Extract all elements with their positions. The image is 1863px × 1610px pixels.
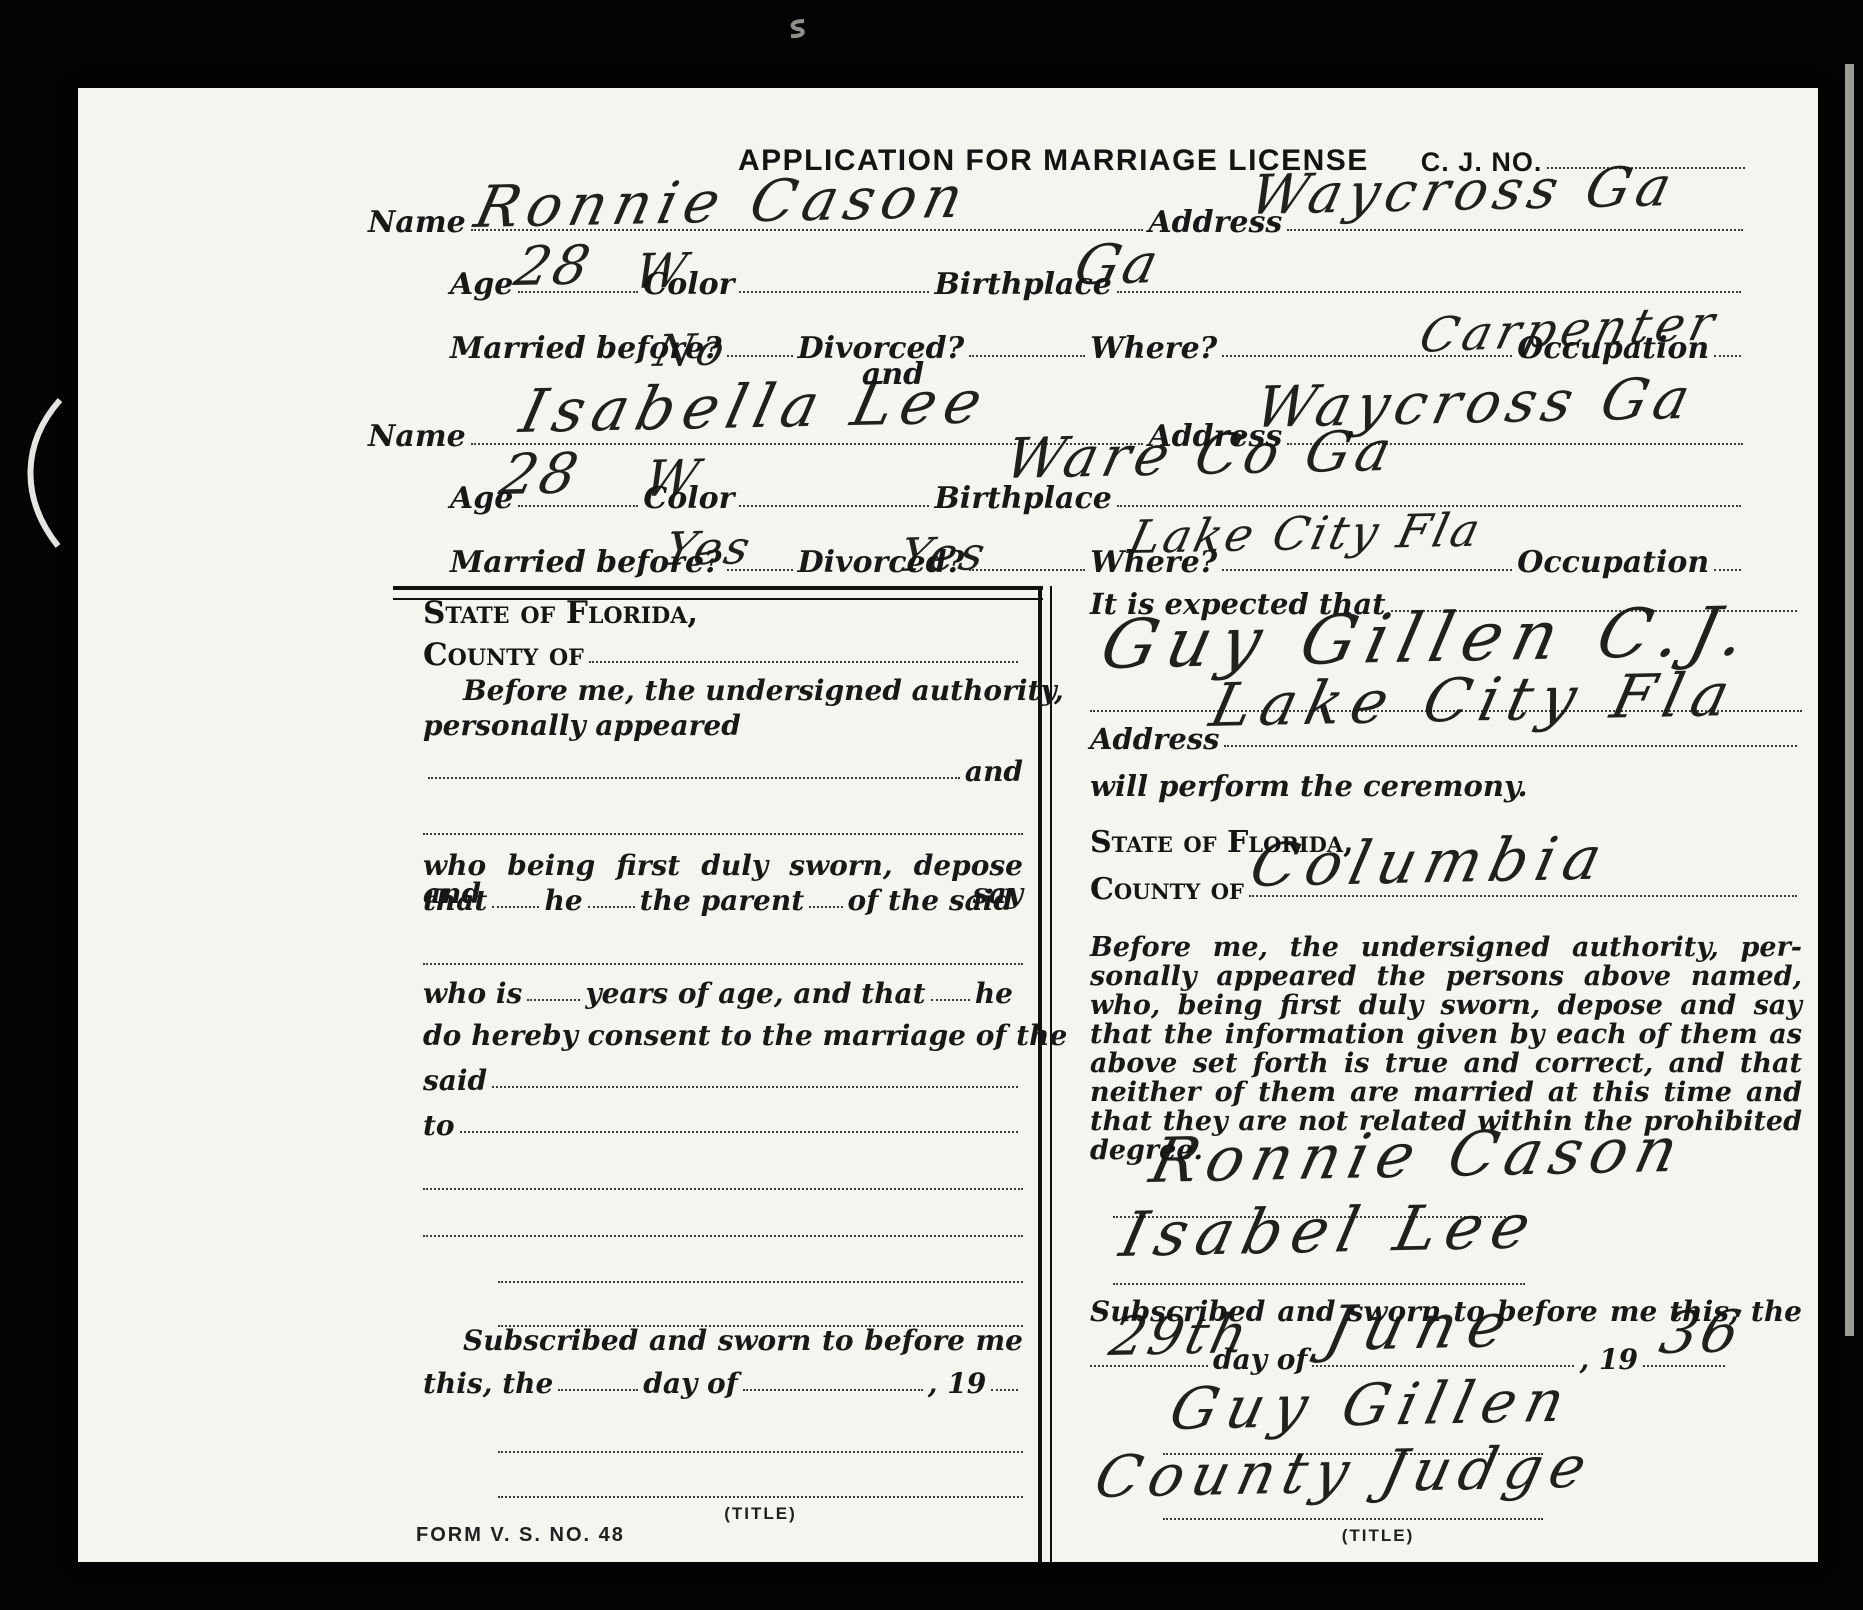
consent-this-the: this, the	[423, 1370, 553, 1398]
consent-consent-phrase: hereby consent to the marriage of the	[471, 1022, 1067, 1050]
groom-occupation-blank	[1714, 353, 1741, 357]
consent-who-is: who is	[423, 980, 522, 1008]
hw-judge-title: County Judge	[1090, 1438, 1599, 1506]
consent-blank-h	[423, 1188, 1023, 1190]
consent-blank-a	[492, 904, 539, 908]
consent-that-word: that	[423, 887, 487, 915]
consent-blank-c	[809, 904, 842, 908]
scan-edge-strip	[1845, 64, 1854, 1336]
groom-name-label: Name	[368, 208, 466, 238]
consent-state-row: State of Florida,	[423, 598, 1023, 629]
consent-parent-row: that he the parent of the said	[423, 887, 1023, 915]
consent-appeared-blank2	[423, 833, 1023, 835]
bride-occupation-blank	[1714, 567, 1741, 571]
groom-where-label: Where?	[1090, 334, 1217, 364]
bride-color-blank	[739, 503, 929, 507]
consent-said-word: said	[423, 1067, 487, 1095]
document-page: APPLICATION FOR MARRIAGE LICENSE C. J. N…	[78, 88, 1818, 1562]
consent-blank-e	[423, 963, 1023, 965]
hw-bride-name: Isabella Lee	[515, 372, 995, 442]
groom-age-label: Age	[450, 270, 513, 300]
consent-to-row: to	[423, 1112, 1023, 1140]
consent-he-word2: he	[975, 980, 1013, 1008]
applicant-signature-line-2	[1113, 1283, 1525, 1285]
judge-title-line	[1163, 1518, 1543, 1520]
perform-line: will perform the ceremony.	[1090, 772, 1528, 801]
consent-blank-j	[498, 1281, 1023, 1283]
hw-day-value: 29th	[1105, 1307, 1255, 1364]
consent-said-blank	[492, 1084, 1018, 1088]
officiant-address-blank	[1224, 743, 1797, 747]
form-number: FORM V. S. NO. 48	[416, 1524, 625, 1547]
hw-groom-age: 28	[510, 238, 597, 294]
consent-to-blank	[460, 1129, 1018, 1133]
consent-said-row: said	[423, 1067, 1023, 1095]
affidavit-line-2: sonally appeared the persons above named…	[1090, 962, 1802, 991]
affidavit-line-3: who, being first duly sworn, depose and …	[1090, 991, 1802, 1020]
hw-month-value: June	[1320, 1294, 1525, 1360]
affidavit-line-6: neither of them are married at this time…	[1090, 1078, 1802, 1107]
bride-divorced-blank	[969, 567, 1085, 571]
affidavit-county-label: County of	[1090, 875, 1244, 905]
bride-marriage-row: Married before? Divorced? Where? Occupat…	[450, 548, 1746, 578]
consent-do-word: do	[423, 1022, 461, 1050]
consent-title-blank	[498, 1496, 1023, 1498]
groom-married-before-blank	[727, 353, 793, 357]
affidavit-year-prefix: , 19	[1579, 1346, 1637, 1374]
consent-he-word: he	[544, 887, 582, 915]
hw-groom-address: Waycross Ga	[1245, 159, 1682, 223]
bride-where-blank	[1222, 567, 1512, 571]
consent-county-row: County of	[423, 640, 1023, 671]
groom-birthplace-blank	[1117, 289, 1741, 293]
consent-title-caption: (TITLE)	[498, 1504, 1023, 1524]
hw-year-value: 36	[1655, 1302, 1748, 1362]
consent-signature-blank	[498, 1451, 1023, 1453]
hw-groom-color: W	[630, 247, 694, 296]
consent-parent-phrase: the parent	[640, 887, 804, 915]
consent-of-said-phrase: of the said	[848, 887, 1013, 915]
consent-month-blank	[743, 1387, 923, 1391]
affidavit-title-caption: (TITLE)	[1238, 1526, 1518, 1546]
consent-do-row: do hereby consent to the marriage of the	[423, 1022, 1023, 1050]
hw-bride-married-before: Yes	[660, 524, 757, 572]
consent-box-right-rule	[1038, 586, 1052, 1562]
affidavit-line-1: Before me, the undersigned authority, pe…	[1090, 933, 1802, 962]
consent-and-row: and	[423, 758, 1023, 786]
consent-day-of: day of	[643, 1370, 737, 1398]
scan-speck	[784, 18, 810, 40]
consent-date-row: this, the day of , 19	[423, 1370, 1023, 1398]
consent-appeared-blank1	[428, 775, 960, 779]
hw-bride-birthplace: Ware Co Ga	[1000, 424, 1401, 488]
hw-groom-married-before: No	[650, 329, 731, 374]
groom-address-blank	[1287, 227, 1743, 231]
consent-blank-f	[931, 997, 970, 1001]
consent-to-word: to	[423, 1112, 455, 1140]
consent-blank-i	[423, 1235, 1023, 1237]
consent-year-blank	[991, 1387, 1018, 1391]
consent-blank-b	[588, 904, 635, 908]
consent-day-blank	[558, 1387, 638, 1391]
hw-signature1: Ronnie Cason	[1145, 1119, 1691, 1192]
hw-bride-where: Lake City Fla	[1125, 507, 1487, 560]
hw-bride-age: 28	[495, 446, 585, 504]
consent-years-phrase: years of age, and that	[585, 980, 925, 1008]
consent-age-row: who is years of age, and that he	[423, 980, 1023, 1008]
affidavit-line-4: that the information given by each of th…	[1090, 1020, 1802, 1049]
hw-groom-name: Ronnie Cason	[470, 168, 975, 236]
groom-color-blank	[739, 289, 929, 293]
hw-judge-signature: Guy Gillen	[1165, 1372, 1579, 1438]
hw-bride-divorced: Yes	[895, 530, 992, 578]
consent-subscribed-line: Subscribed and sworn to before me	[463, 1327, 1023, 1355]
consent-before-line2: personally appeared	[423, 712, 741, 740]
hw-groom-birthplace: Ga	[1070, 236, 1166, 293]
officiant-address-label: Address	[1090, 725, 1219, 754]
consent-before-line1: Before me, the undersigned authority,	[463, 677, 1064, 705]
hw-county-value: Columbia	[1245, 829, 1615, 896]
bride-name-label: Name	[368, 422, 466, 452]
consent-county-blank	[589, 659, 1018, 663]
consent-year-prefix: , 19	[928, 1370, 986, 1398]
hw-signature2: Isabel Lee	[1115, 1195, 1545, 1266]
consent-and-word: and	[965, 758, 1023, 786]
hw-groom-occupation: Carpenter	[1415, 299, 1724, 360]
hw-officiant-address: Lake City Fla	[1205, 665, 1744, 736]
groom-divorced-blank	[969, 353, 1085, 357]
consent-state-heading: State of Florida,	[423, 598, 698, 629]
affidavit-line-5: above set forth is true and correct, and…	[1090, 1049, 1802, 1078]
page-curl-mark	[14, 398, 74, 548]
consent-county-label: County of	[423, 640, 584, 671]
consent-age-blank	[527, 997, 580, 1001]
bride-occupation-label: Occupation	[1517, 548, 1709, 578]
scanned-document: { "colors": { "background": "#040404", "…	[0, 0, 1863, 1610]
